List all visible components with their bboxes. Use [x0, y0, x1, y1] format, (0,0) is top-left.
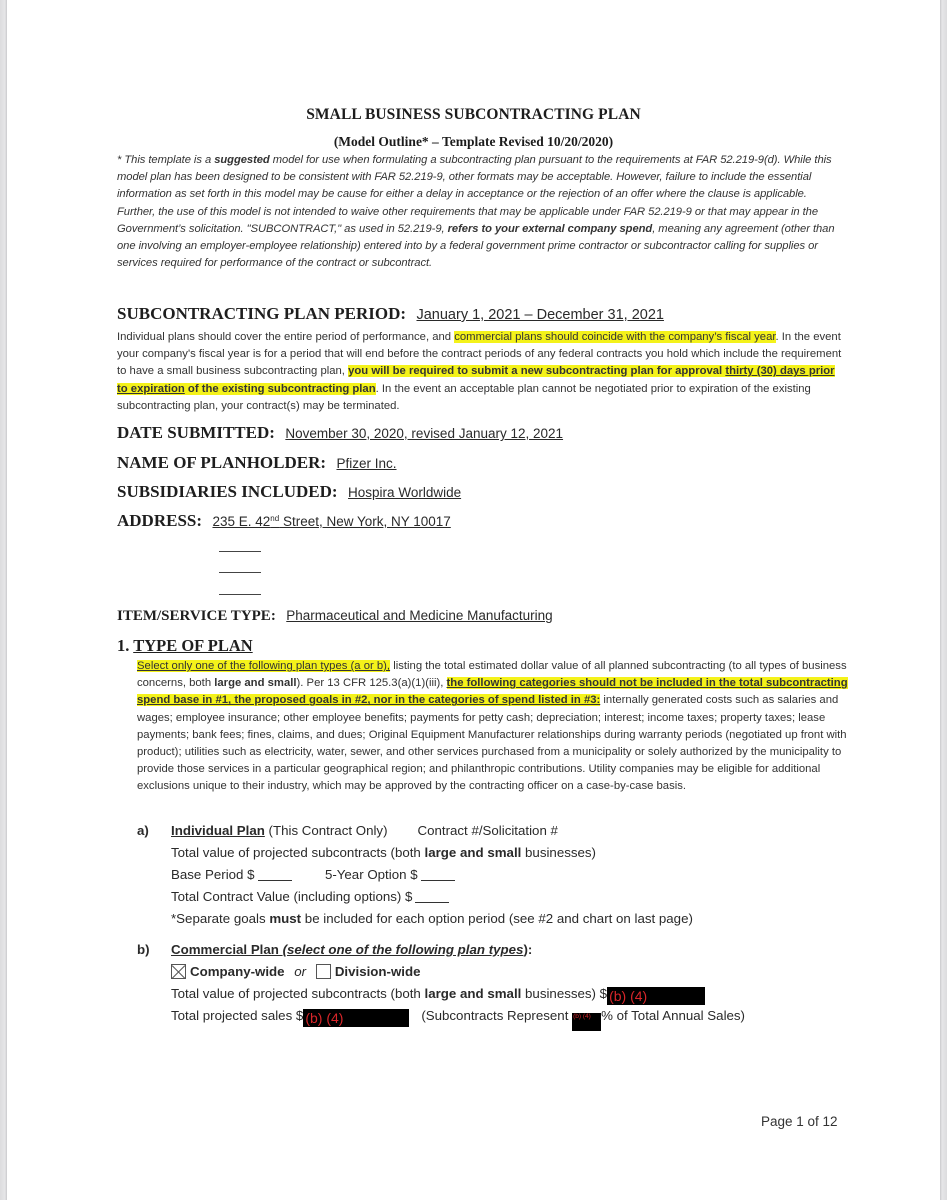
planholder-value: Pfizer Inc. [336, 456, 396, 471]
highlight-select-one: Select only one of the following plan ty… [137, 660, 390, 672]
option-label: 5-Year Option $ [325, 867, 418, 882]
total-contract-value-field[interactable] [415, 889, 449, 903]
address-blank-line-3 [219, 594, 261, 595]
planholder-label: NAME OF PLANHOLDER: [117, 453, 326, 472]
redacted-total-subcontracts: (b) (4) [607, 987, 705, 1005]
address-blank-line-2 [219, 572, 261, 573]
page-edge-left [0, 0, 7, 1200]
individual-plan-section: a)Individual Plan (This Contract Only)Co… [137, 820, 693, 930]
plan-period-value: January 1, 2021 – December 31, 2021 [416, 307, 663, 323]
commercial-plan-title: Commercial Plan (select one of the follo… [171, 942, 523, 957]
page-number: Page 1 of 12 [761, 1114, 838, 1129]
item-service-row: ITEM/SERVICE TYPE: Pharmaceutical and Me… [117, 607, 553, 625]
subsidiaries-row: SUBSIDIARIES INCLUDED: Hospira Worldwide [117, 482, 461, 502]
base-period-field[interactable] [258, 867, 292, 881]
subsidiaries-label: SUBSIDIARIES INCLUDED: [117, 482, 338, 501]
date-submitted-row: DATE SUBMITTED: November 30, 2020, revis… [117, 423, 563, 443]
address-row: ADDRESS: 235 E. 42nd Street, New York, N… [117, 511, 451, 531]
individual-plan-title: Individual Plan [171, 823, 265, 838]
type-of-plan-heading: 1. TYPE OF PLAN [117, 636, 253, 656]
division-wide-label: Division-wide [335, 964, 421, 979]
total-contract-value-label: Total Contract Value (including options)… [171, 889, 412, 904]
planholder-row: NAME OF PLANHOLDER: Pfizer Inc. [117, 453, 397, 473]
option-field[interactable] [421, 867, 455, 881]
type-of-plan-description: Select only one of the following plan ty… [137, 658, 849, 796]
item-service-label: ITEM/SERVICE TYPE: [117, 608, 276, 624]
commercial-plan-section: b)Commercial Plan (select one of the fol… [137, 939, 745, 1031]
redacted-percentage: (b) (4) [572, 1013, 601, 1031]
division-wide-checkbox[interactable] [316, 964, 331, 979]
page-edge-right [940, 0, 947, 1200]
document-subtitle: (Model Outline* – Template Revised 10/20… [0, 134, 947, 150]
highlight-fiscal-year: commercial plans should coincide with th… [454, 331, 775, 343]
plan-period-label: SUBCONTRACTING PLAN PERIOD: [117, 304, 406, 323]
redacted-total-sales: (b) (4) [303, 1009, 409, 1027]
subsidiaries-value: Hospira Worldwide [348, 485, 461, 500]
plan-period-description: Individual plans should cover the entire… [117, 329, 847, 415]
item-service-value: Pharmaceutical and Medicine Manufacturin… [286, 608, 552, 623]
address-blank-line-1 [219, 551, 261, 552]
plan-period-row: SUBCONTRACTING PLAN PERIOD: January 1, 2… [117, 304, 664, 324]
document-title: SMALL BUSINESS SUBCONTRACTING PLAN [0, 106, 947, 124]
address-value: 235 E. 42nd Street, New York, NY 10017 [212, 514, 450, 529]
date-submitted-label: DATE SUBMITTED: [117, 423, 275, 442]
date-submitted-value: November 30, 2020, revised January 12, 2… [285, 426, 563, 441]
company-wide-label: Company-wide [190, 964, 285, 979]
address-label: ADDRESS: [117, 511, 202, 530]
template-note: * This template is a suggested model for… [117, 152, 847, 272]
company-wide-checkbox[interactable] [171, 964, 186, 979]
base-period-label: Base Period $ [171, 867, 255, 882]
contract-solicitation-label: Contract #/Solicitation # [418, 823, 558, 838]
